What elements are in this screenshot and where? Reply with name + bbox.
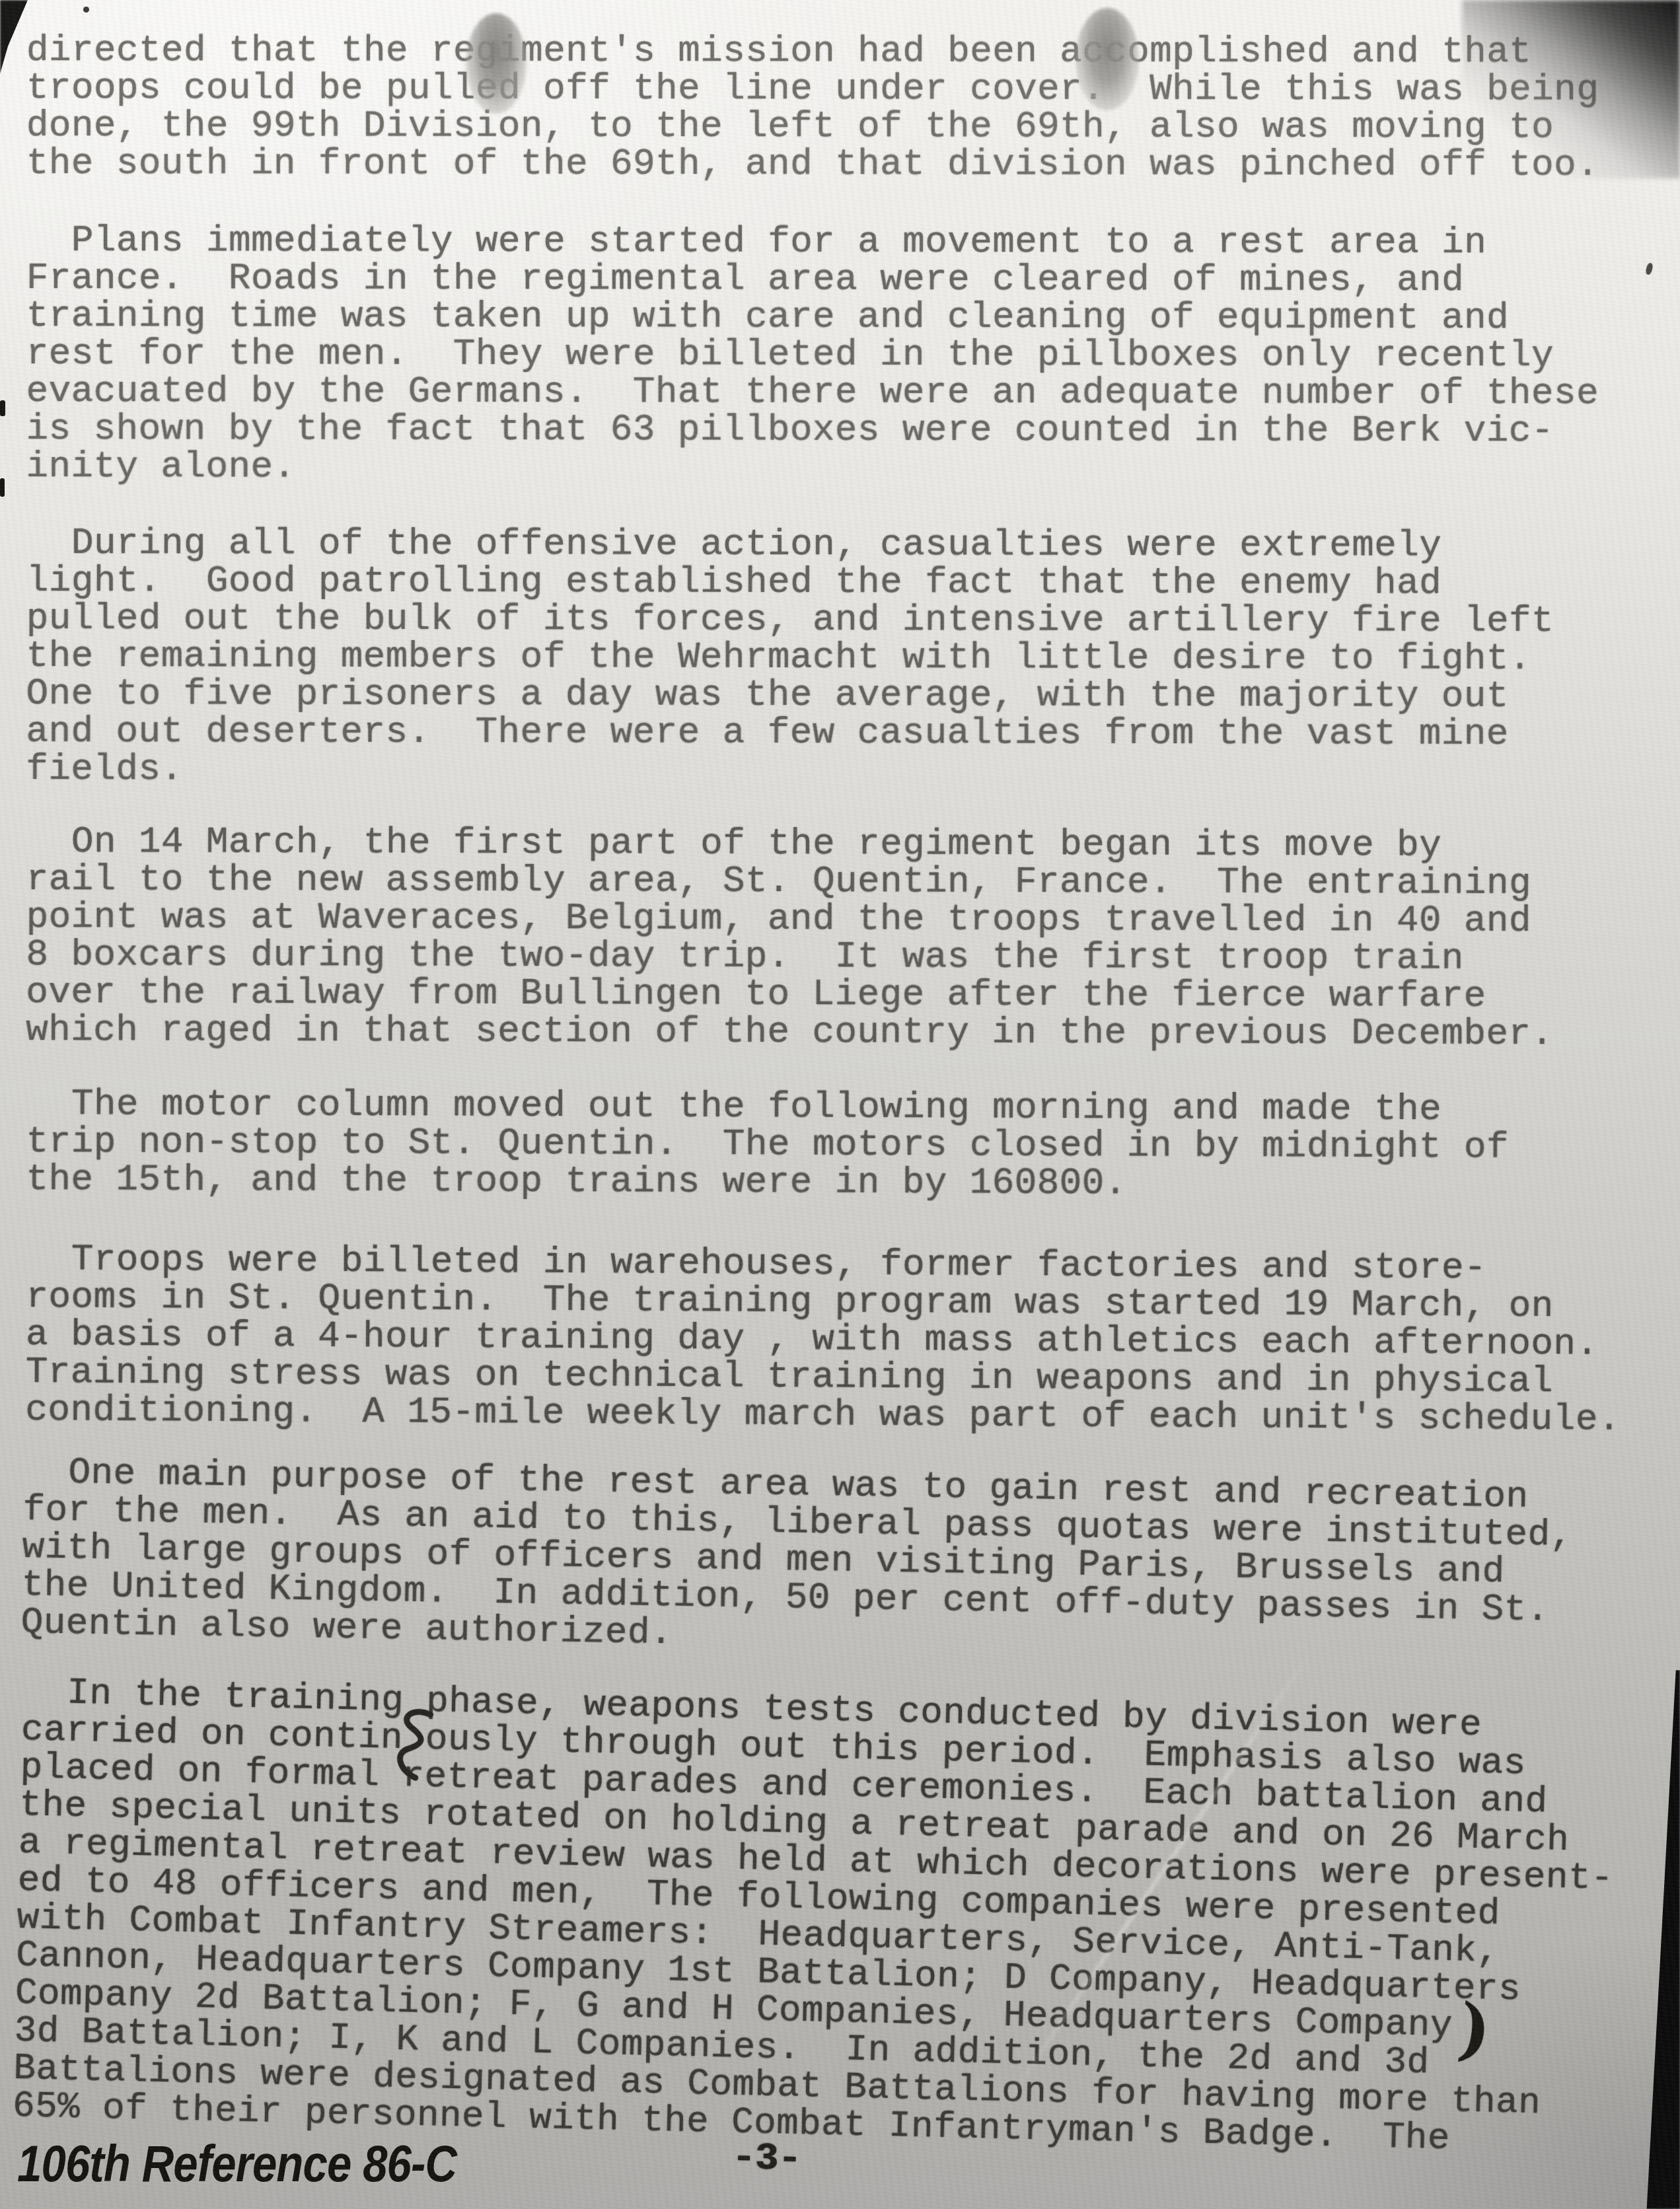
reference-label: 106th Reference 86-C <box>17 2138 457 2189</box>
paper-speck-top <box>83 7 89 13</box>
paragraph-2: Plans immediately were started for a mov… <box>26 222 1599 488</box>
scanned-document-page: directed that the regiment's mission had… <box>0 0 1680 2209</box>
scan-shadow-top-right <box>1462 0 1680 178</box>
handwritten-correction-mark <box>391 1707 437 1787</box>
scan-black-edge-right <box>1638 1670 1680 2209</box>
ink-blot-over-accomplished <box>1076 8 1139 110</box>
paragraph-7: One main purpose of the rest area was to… <box>20 1453 1574 1667</box>
paragraph-6: Troops were billeted in warehouses, form… <box>25 1241 1621 1439</box>
paragraph-8: In the training phase, weapons tests con… <box>12 1673 1617 2161</box>
paper-speck-right <box>1645 262 1654 275</box>
paragraph-3: During all of the offensive action, casu… <box>26 525 1554 791</box>
scan-mark-left-1 <box>0 400 5 416</box>
scan-mark-left-2 <box>0 478 5 497</box>
ink-blot-over-regiments <box>466 13 527 114</box>
page-number: -3- <box>731 2140 801 2179</box>
paragraph-4: On 14 March, the first part of the regim… <box>26 823 1554 1053</box>
paragraph-1: directed that the regiment's mission had… <box>26 32 1599 184</box>
paragraph-5: The motor column moved out the following… <box>26 1085 1509 1204</box>
